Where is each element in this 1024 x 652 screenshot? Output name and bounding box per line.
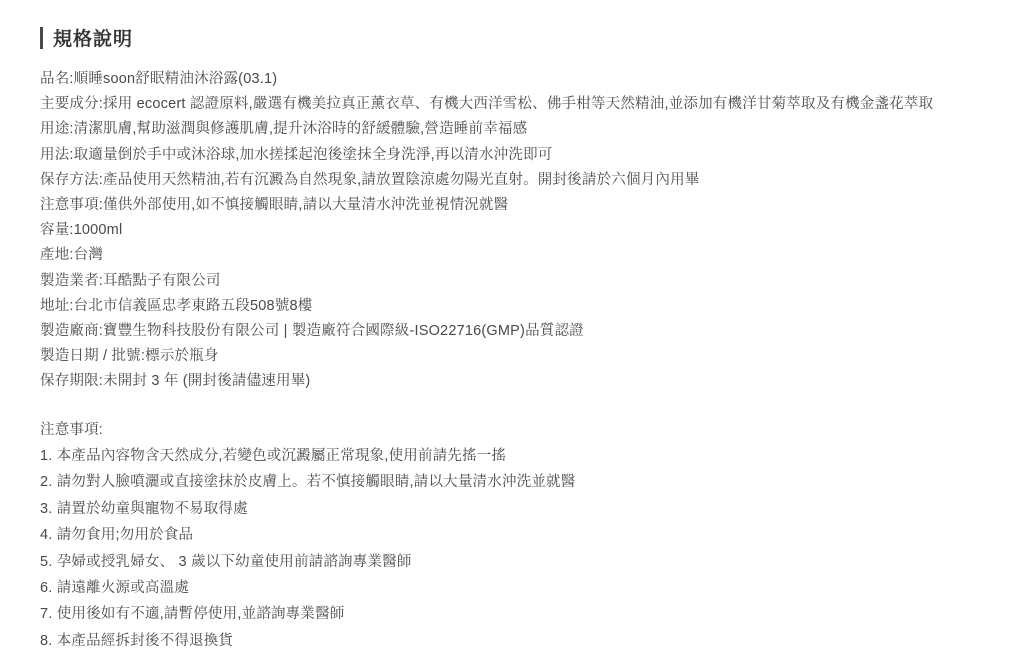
- spec-row: 保存期限:未開封 3 年 (開封後請儘速用畢): [40, 369, 994, 394]
- note-item: 4. 請勿食用;勿用於食品: [40, 522, 994, 548]
- section-header: 規格說明: [40, 24, 994, 51]
- spec-row: 品名:順睡soon舒眠精油沐浴露(03.1): [40, 67, 994, 92]
- spec-list: 品名:順睡soon舒眠精油沐浴露(03.1)主要成分:採用 ecocert 認證…: [40, 67, 994, 395]
- note-item: 2. 請勿對人臉噴灑或直接塗抹於皮膚上。若不慎接觸眼睛,請以大量清水沖洗並就醫: [40, 469, 994, 495]
- notes-section: 注意事項: 1. 本產品內容物含天然成分,若變色或沉澱屬正常現象,使用前請先搖一…: [40, 417, 994, 652]
- notes-heading: 注意事項:: [40, 417, 994, 443]
- note-item: 1. 本產品內容物含天然成分,若變色或沉澱屬正常現象,使用前請先搖一搖: [40, 443, 994, 469]
- page-title: 規格說明: [53, 24, 133, 51]
- product-spec-page: 規格說明 品名:順睡soon舒眠精油沐浴露(03.1)主要成分:採用 ecoce…: [0, 0, 1024, 652]
- spec-row: 製造日期 / 批號:標示於瓶身: [40, 344, 994, 369]
- spec-row: 地址:台北市信義區忠孝東路五段508號8樓: [40, 294, 994, 319]
- note-item: 8. 本產品經拆封後不得退換貨: [40, 628, 994, 652]
- spec-row: 用途:清潔肌膚,幫助滋潤與修護肌膚,提升沐浴時的舒緩體驗,營造睡前幸福感: [40, 117, 994, 142]
- note-item: 6. 請遠離火源或高溫處: [40, 575, 994, 601]
- note-item: 7. 使用後如有不適,請暫停使用,並諮詢專業醫師: [40, 601, 994, 627]
- spec-row: 容量:1000ml: [40, 218, 994, 243]
- spec-row: 注意事項:僅供外部使用,如不慎接觸眼睛,請以大量清水沖洗並視情況就醫: [40, 193, 994, 218]
- spec-row: 用法:取適量倒於手中或沐浴球,加水搓揉起泡後塗抹全身洗淨,再以清水沖洗即可: [40, 143, 994, 168]
- note-item: 5. 孕婦或授乳婦女、 3 歲以下幼童使用前請諮詢專業醫師: [40, 549, 994, 575]
- note-item: 3. 請置於幼童與寵物不易取得處: [40, 496, 994, 522]
- spec-row: 製造業者:耳酷點子有限公司: [40, 269, 994, 294]
- spec-row: 產地:台灣: [40, 243, 994, 268]
- accent-bar: [40, 27, 43, 49]
- spec-row: 主要成分:採用 ecocert 認證原料,嚴選有機美拉真正薰衣草、有機大西洋雪松…: [40, 92, 994, 117]
- spec-row: 製造廠商:寶豐生物科技股份有限公司 | 製造廠符合國際級-ISO22716(GM…: [40, 319, 994, 344]
- notes-list: 1. 本產品內容物含天然成分,若變色或沉澱屬正常現象,使用前請先搖一搖2. 請勿…: [40, 443, 994, 652]
- spec-row: 保存方法:產品使用天然精油,若有沉澱為自然現象,請放置陰涼處勿陽光直射。開封後請…: [40, 168, 994, 193]
